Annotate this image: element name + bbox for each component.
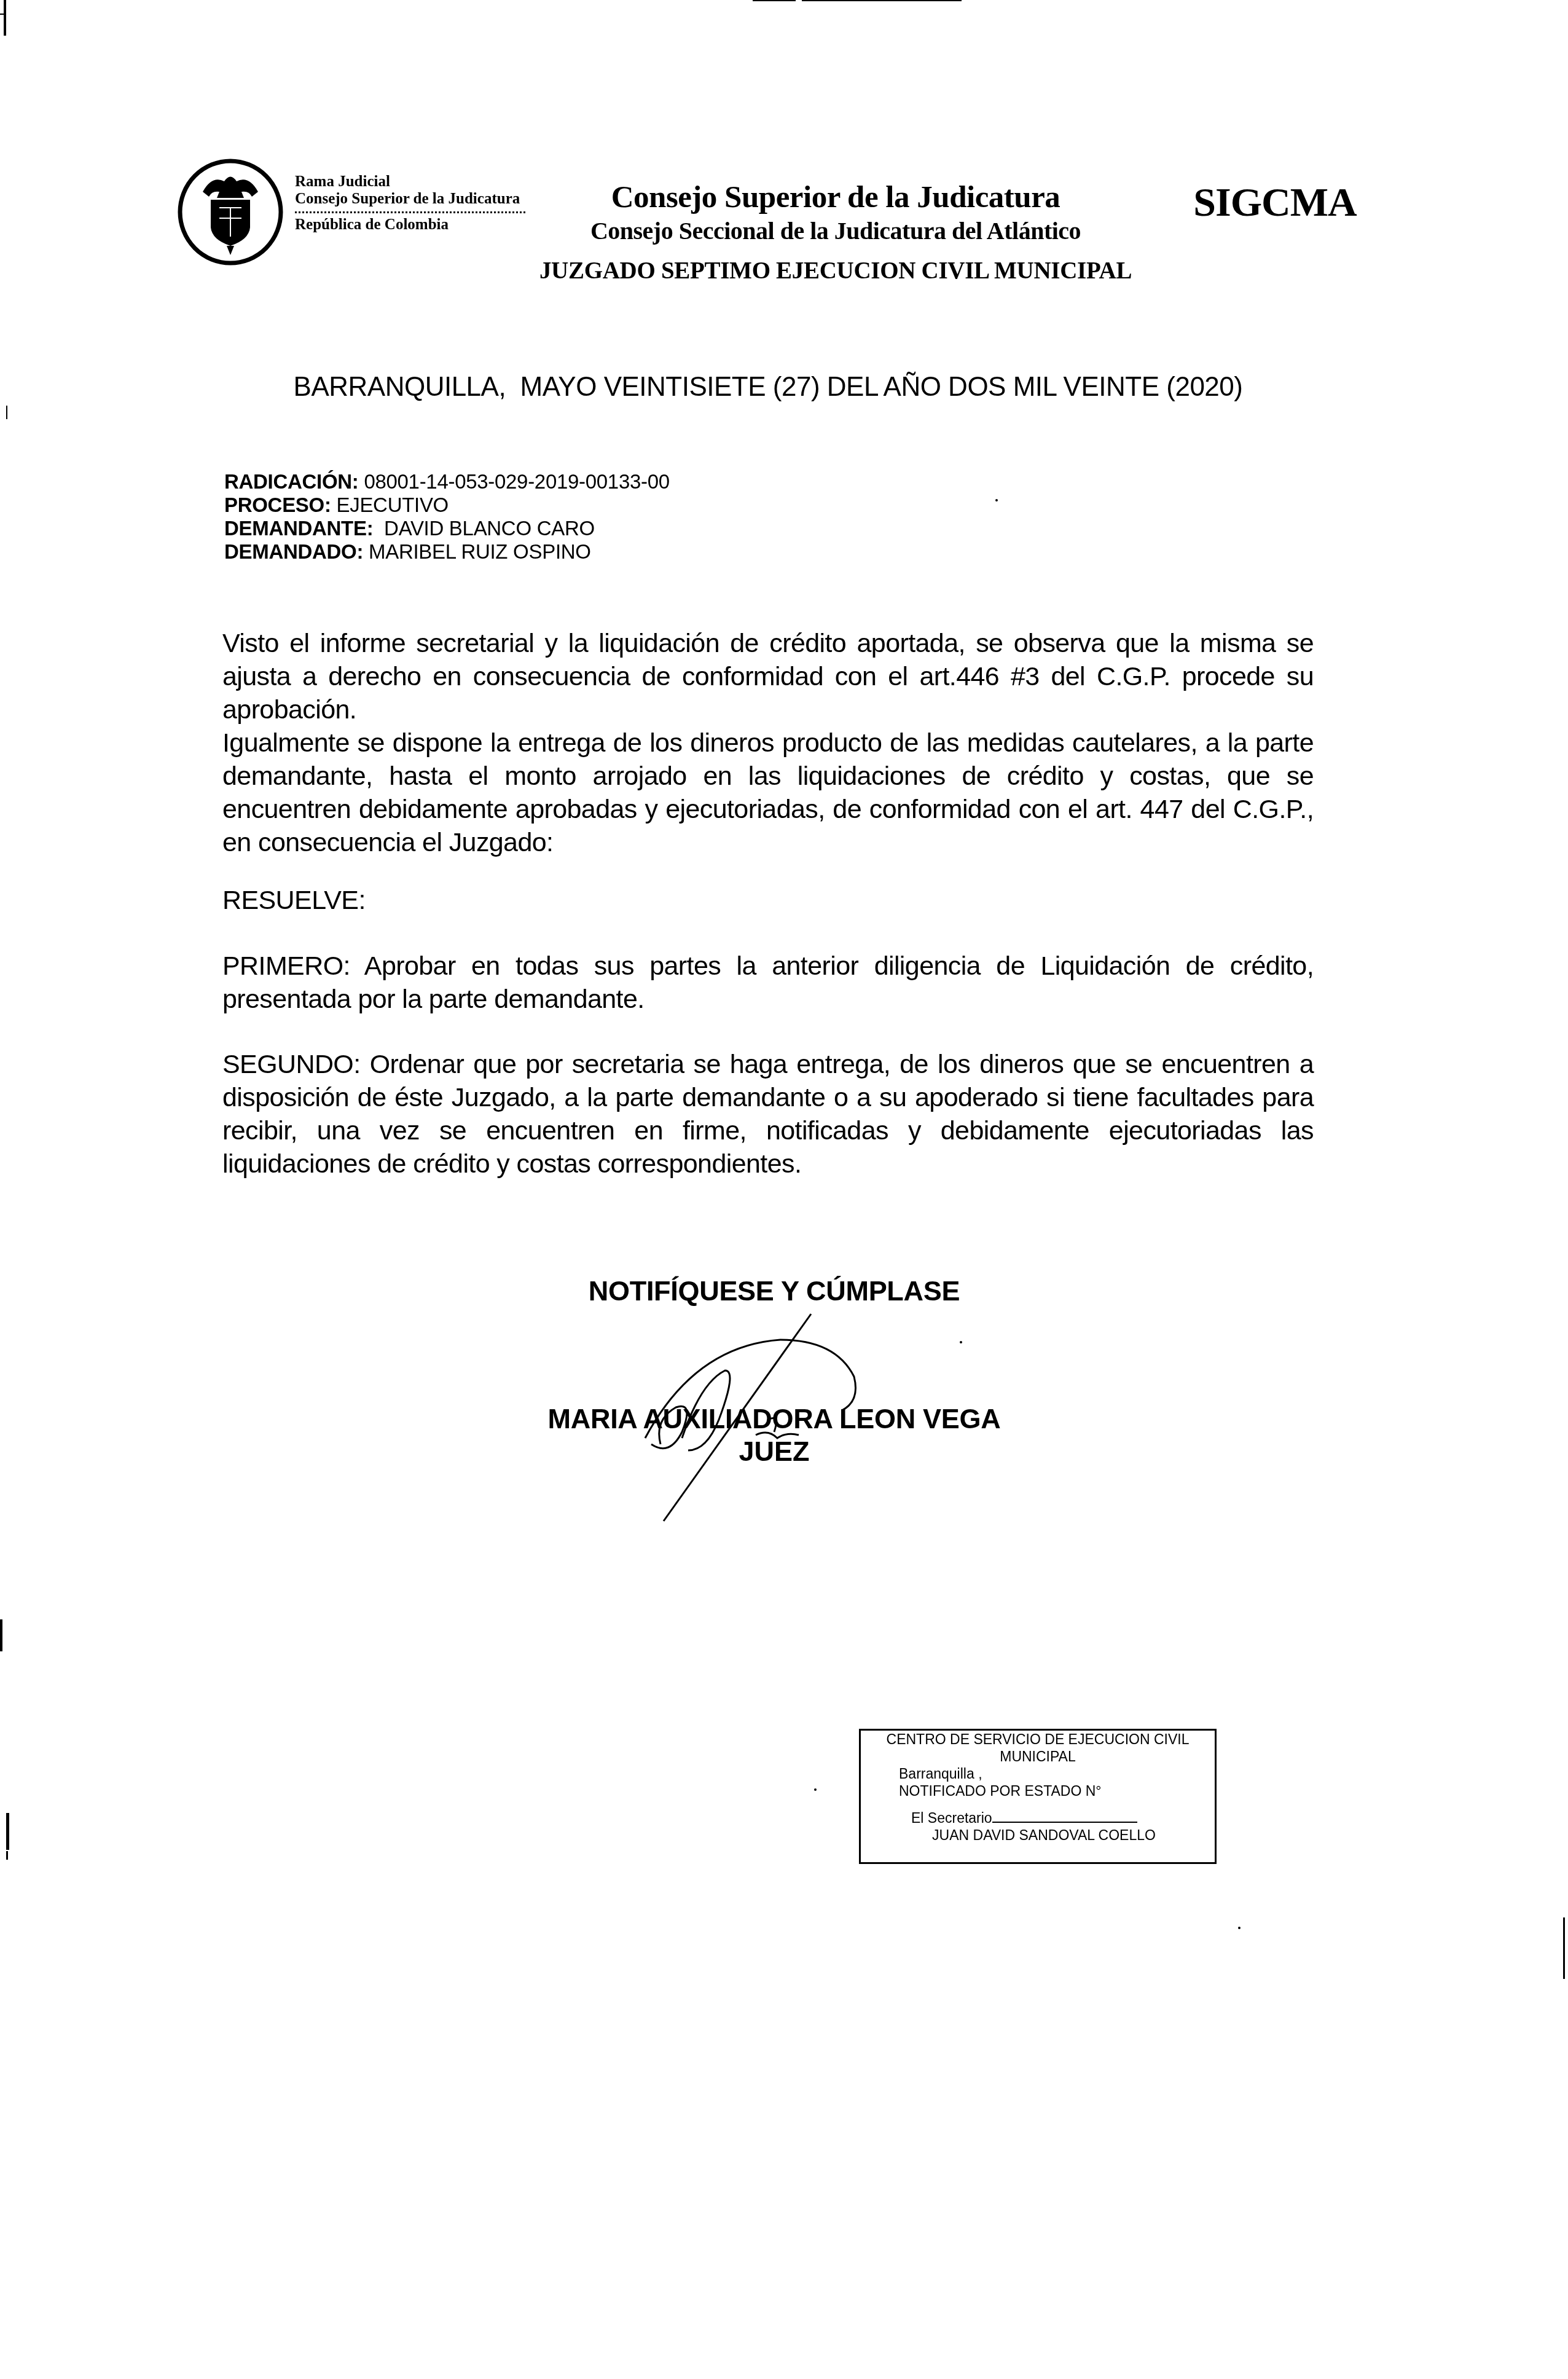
stamp-city: Barranquilla ,	[861, 1765, 1215, 1782]
signature-line	[992, 1822, 1137, 1823]
stamp-secretary: El Secretario	[861, 1809, 1215, 1827]
court-name: JUZGADO SEPTIMO EJECUCION CIVIL MUNICIPA…	[467, 257, 1204, 285]
scan-mark-top-center	[753, 0, 796, 1]
case-info: RADICACIÓN: 08001-14-053-029-2019-00133-…	[224, 470, 670, 564]
date-line: BARRANQUILLA, MAYO VEINTISIETE (27) DEL …	[221, 372, 1315, 403]
judge-name: MARIA AUXILIADORA LEON VEGA	[467, 1403, 1081, 1435]
council-title: Consejo Superior de la Judicatura	[528, 179, 1143, 215]
rama-judicial-block: Rama Judicial Consejo Superior de la Jud…	[295, 173, 528, 234]
council-subtitle: Consejo Seccional de la Judicatura del A…	[528, 216, 1143, 245]
consejo-superior-line: Consejo Superior de la Judicatura	[295, 191, 528, 208]
scan-mark-left-middle	[0, 1619, 2, 1651]
scan-speck	[814, 1788, 817, 1791]
system-badge: SIGCMA	[1180, 179, 1370, 226]
stamp-notified: NOTIFICADO POR ESTADO N°	[861, 1782, 1215, 1799]
case-demandado: DEMANDADO: MARIBEL RUIZ OSPINO	[224, 540, 670, 564]
paragraph-segundo: SEGUNDO: Ordenar que por secretaria se h…	[222, 1048, 1314, 1181]
stamp-line1: CENTRO DE SERVICIO DE EJECUCION CIVIL	[861, 1731, 1215, 1748]
scan-mark-top-left	[4, 0, 6, 36]
paragraph-primero: PRIMERO: Aprobar en todas sus partes la …	[222, 950, 1314, 1016]
stamp-line2: MUNICIPAL	[861, 1748, 1215, 1765]
resuelve-heading: RESUELVE:	[222, 884, 1314, 917]
secretary-label: El Secretario	[911, 1810, 992, 1826]
scan-mark-top-center-2	[802, 0, 962, 1]
case-proceso: PROCESO: EJECUTIVO	[224, 493, 670, 517]
scan-mark-left-lower	[6, 1813, 9, 1850]
paragraph-igualmente: Igualmente se dispone la entrega de los …	[222, 726, 1314, 859]
scan-mark-right-edge	[1563, 1917, 1565, 1979]
divider	[295, 211, 525, 213]
notice-heading: NOTIFÍQUESE Y CÚMPLASE	[467, 1275, 1081, 1307]
secretary-name: JUAN DAVID SANDOVAL COELLO	[861, 1827, 1215, 1844]
scan-mark-left-side	[6, 406, 7, 419]
case-demandante: DEMANDANTE: DAVID BLANCO CARO	[224, 517, 670, 540]
scan-mark-left-low	[6, 1851, 8, 1860]
paragraph-visto: Visto el informe secretarial y la liquid…	[222, 627, 1314, 726]
scan-speck	[1238, 1927, 1241, 1929]
republica-line: República de Colombia	[295, 216, 528, 234]
scan-speck	[995, 499, 998, 501]
rama-judicial-line: Rama Judicial	[295, 173, 528, 191]
case-radicacion: RADICACIÓN: 08001-14-053-029-2019-00133-…	[224, 470, 670, 493]
colombia-coat-of-arms-icon	[175, 154, 289, 267]
scan-speck	[960, 1341, 962, 1343]
scan-mark-top-left-tick	[0, 14, 4, 15]
notification-stamp: CENTRO DE SERVICIO DE EJECUCION CIVIL MU…	[859, 1729, 1217, 1864]
judge-title: JUEZ	[467, 1436, 1081, 1468]
